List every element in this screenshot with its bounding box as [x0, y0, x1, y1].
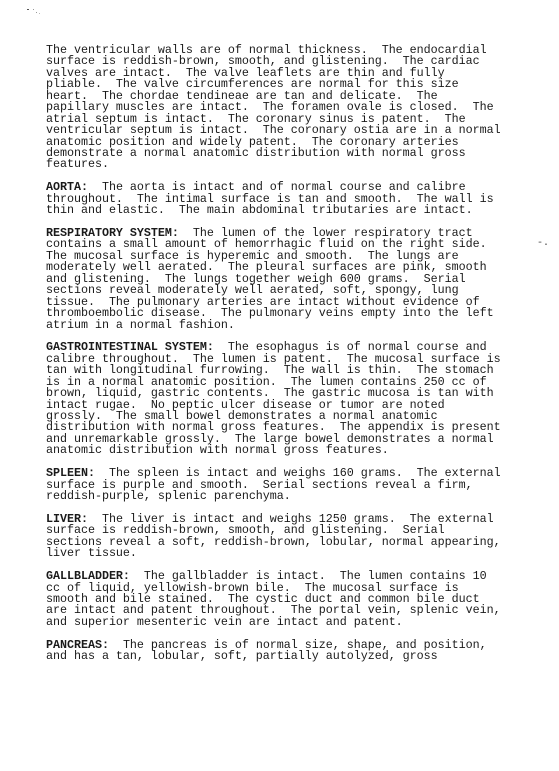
line-text: and superior mesenteric vein are intact … — [46, 615, 403, 629]
section-liver: LIVER: The liver is intact and weighs 12… — [46, 514, 551, 560]
scan-speck — [33, 9, 34, 10]
text-line: anatomic distribution with normal gross … — [46, 445, 551, 456]
text-line: liver tissue. — [46, 548, 551, 559]
text-line: thin and elastic. The main abdominal tri… — [46, 205, 551, 216]
line-text: and has a tan, lobular, soft, partially … — [46, 649, 438, 663]
section-spleen: SPLEEN: The spleen is intact and weighs … — [46, 468, 551, 502]
line-text: liver tissue. — [46, 546, 137, 560]
text-line: and superior mesenteric vein are intact … — [46, 617, 551, 628]
line-text: thin and elastic. The main abdominal tri… — [46, 203, 473, 217]
line-text: atrium in a normal fashion. — [46, 318, 235, 332]
section-gallbladder: GALLBLADDER: The gallbladder is intact. … — [46, 571, 551, 628]
line-text: reddish-purple, splenic parenchyma. — [46, 489, 291, 503]
text-line: atrium in a normal fashion. — [46, 320, 551, 331]
text-line: demonstrate a normal anatomic distributi… — [46, 148, 551, 159]
section-aorta: AORTA: The aorta is intact and of normal… — [46, 182, 551, 216]
document-page: -. The ventricular walls are of normal t… — [0, 0, 559, 771]
text-line: reddish-purple, splenic parenchyma. — [46, 491, 551, 502]
text-line: and has a tan, lobular, soft, partially … — [46, 651, 551, 662]
section-heart: The ventricular walls are of normal thic… — [46, 45, 551, 171]
scan-speck — [36, 12, 37, 13]
section-respiratory-system: RESPIRATORY SYSTEM: The lumen of the low… — [46, 228, 551, 331]
text-line: features. — [46, 159, 551, 170]
autopsy-report-body: The ventricular walls are of normal thic… — [46, 45, 551, 674]
section-gastrointestinal-system: GASTROINTESTINAL SYSTEM: The esophagus i… — [46, 342, 551, 456]
scan-speck — [39, 13, 40, 14]
line-text: features. — [46, 157, 109, 171]
scan-speck — [27, 9, 29, 10]
line-text: anatomic distribution with normal gross … — [46, 443, 389, 457]
section-pancreas: PANCREAS: The pancreas is of normal size… — [46, 640, 551, 663]
